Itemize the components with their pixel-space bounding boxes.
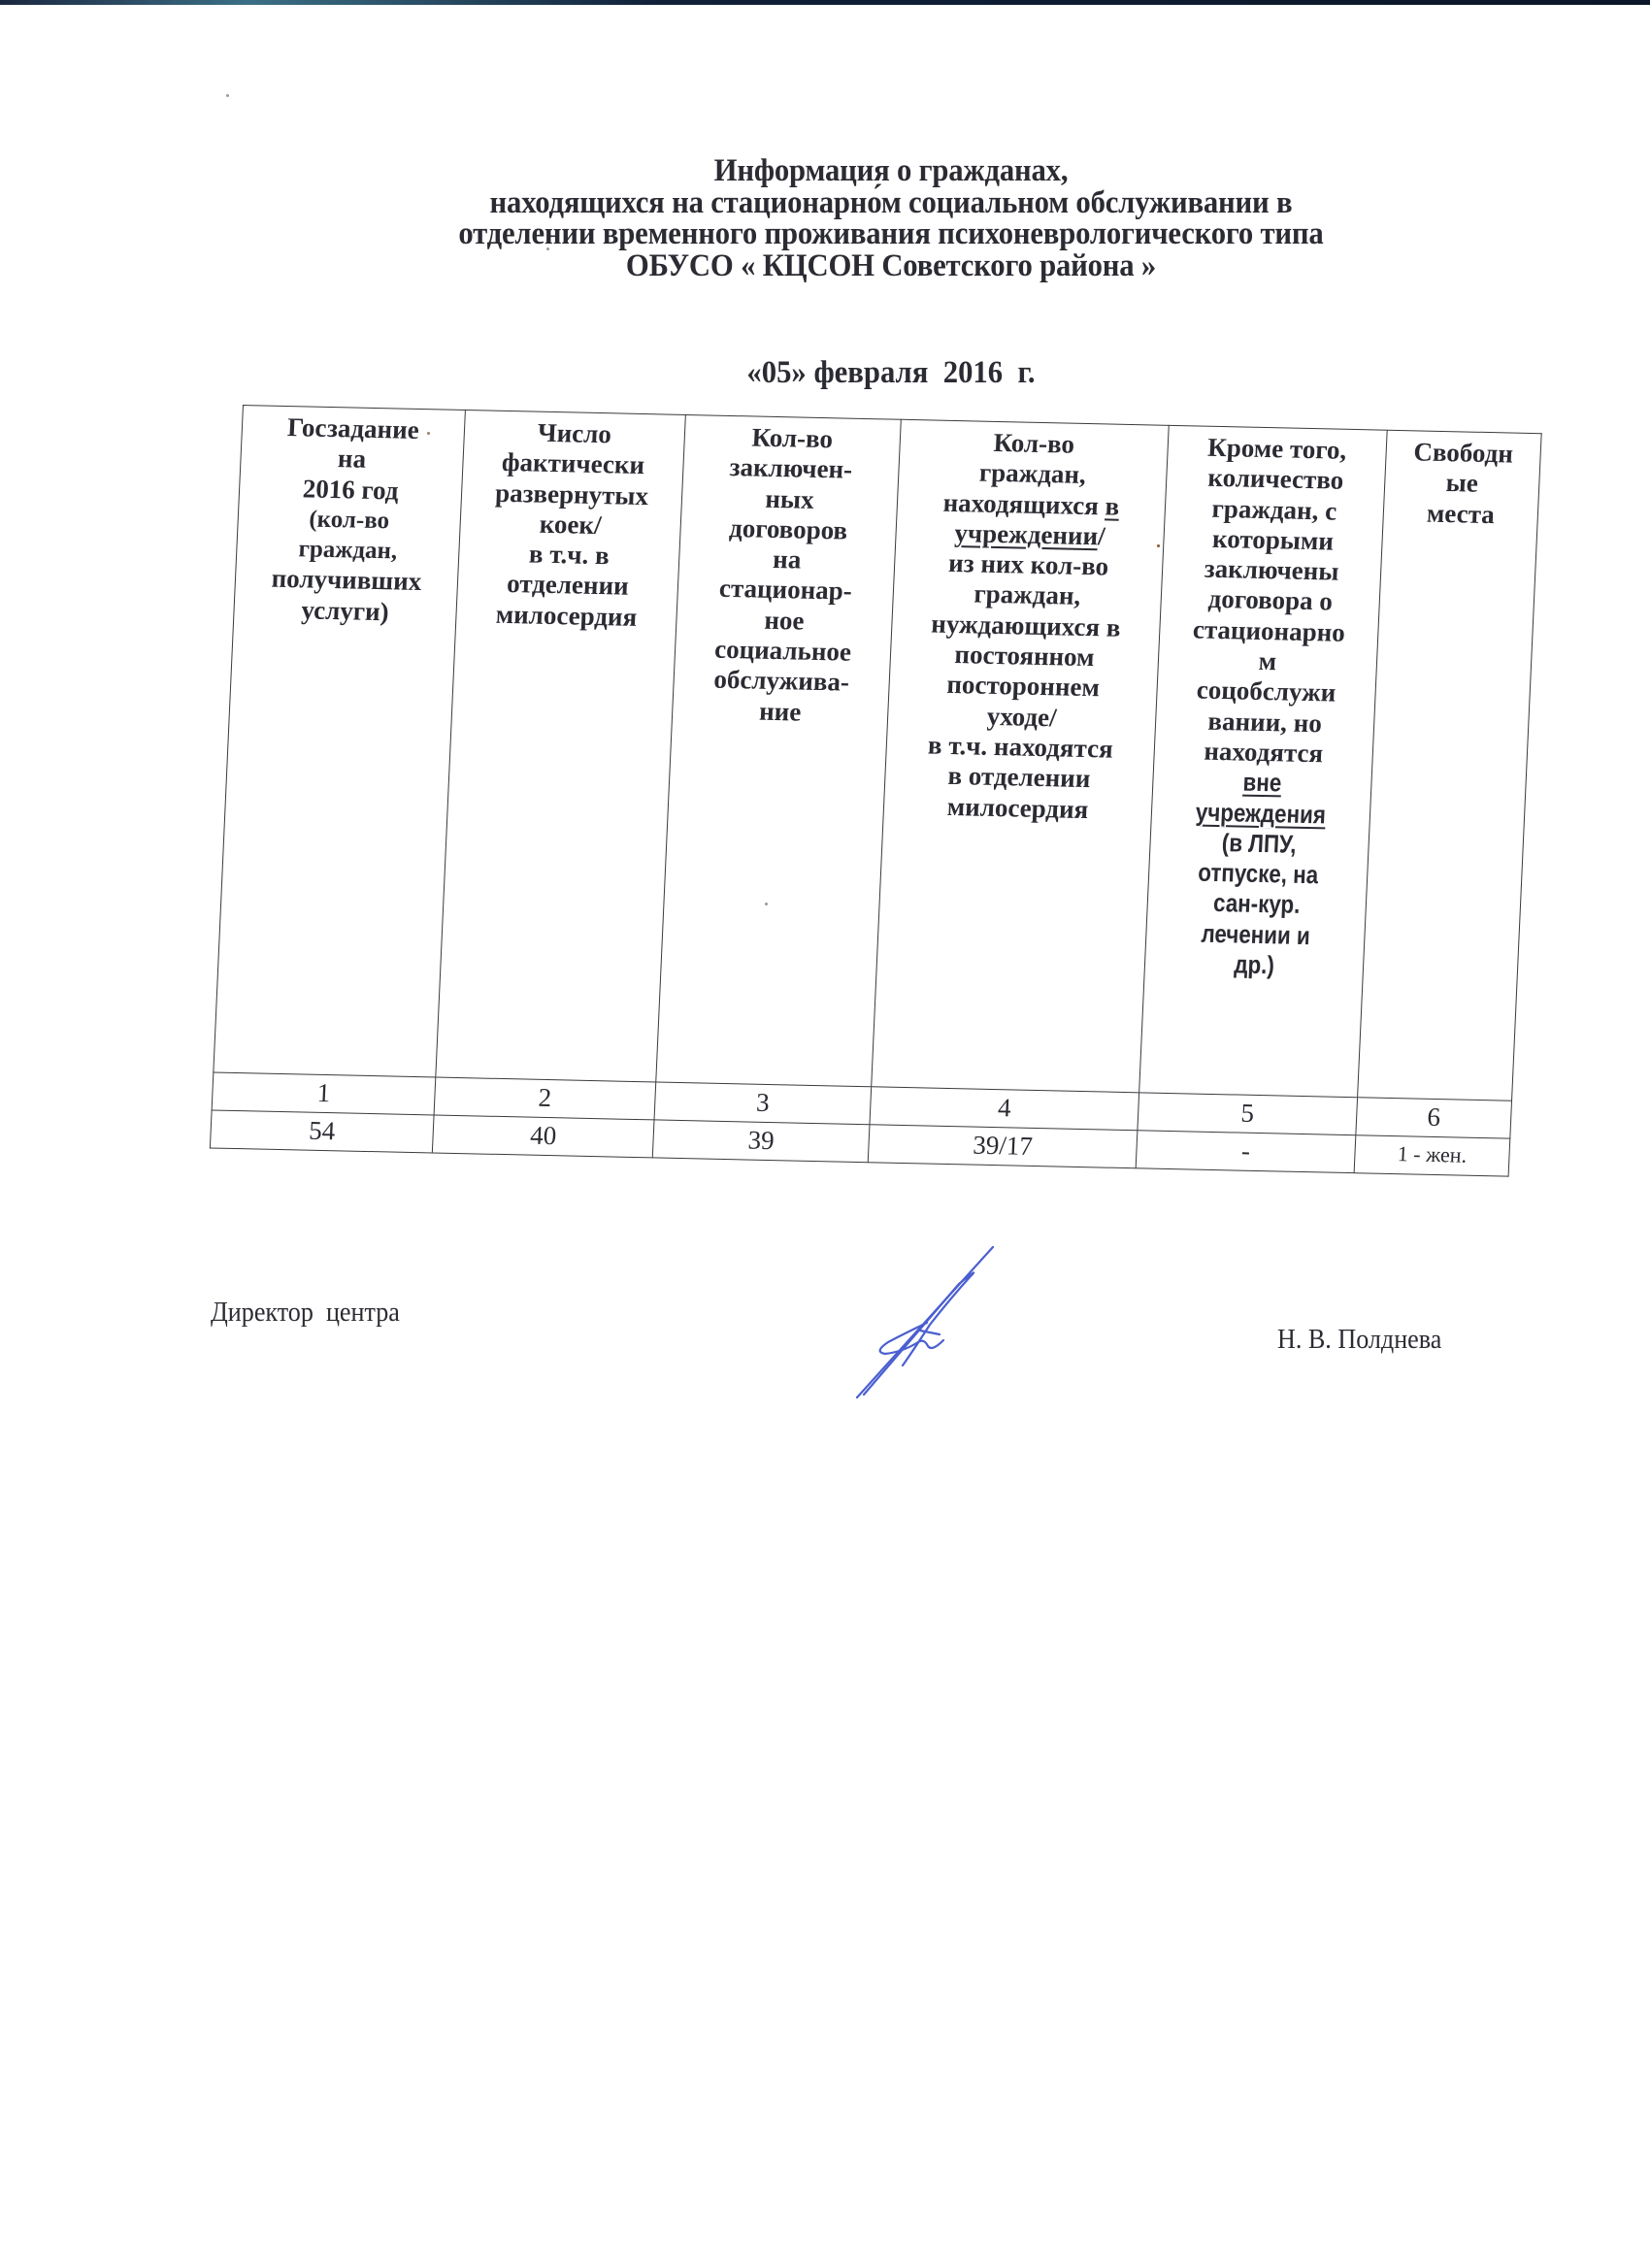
header-text: граждан, с	[1165, 492, 1383, 527]
header-text-part: лечении и	[1201, 918, 1311, 951]
title-line-3: отделении временного проживания психонев…	[349, 218, 1433, 250]
header-text: м	[1158, 644, 1376, 679]
value-citizens-in-institution: 39/17	[868, 1125, 1138, 1168]
header-text: обслужива-	[674, 664, 889, 699]
header-text: ных	[681, 482, 897, 517]
header-text: учреждения	[1151, 796, 1369, 831]
column-index: 2	[434, 1077, 656, 1120]
scan-edge-band	[0, 0, 1650, 5]
value-contracts-count: 39	[652, 1120, 870, 1163]
header-text: Кол-во	[684, 421, 900, 456]
header-text: на	[679, 542, 895, 577]
underlined-text: вне	[1242, 768, 1282, 799]
header-text: коек/	[460, 508, 680, 542]
header-text: услуги)	[234, 594, 456, 629]
header-text-part: сан-кур.	[1213, 888, 1302, 920]
header-text: которыми	[1164, 523, 1382, 558]
header-text: др.)	[1144, 947, 1363, 982]
report-date: «05» февраля 2016 г.	[349, 355, 1433, 390]
underlined-text: в	[1105, 491, 1120, 520]
header-text-part: /	[1098, 521, 1106, 550]
header-text: ное	[676, 604, 892, 639]
column-index: 4	[870, 1087, 1139, 1131]
header-text: получивших	[235, 563, 457, 598]
underlined-text: учреждения	[1195, 797, 1326, 830]
header-text: отпуске, на	[1149, 857, 1368, 892]
header-text: лечении и	[1146, 917, 1365, 952]
header-text: вне	[1153, 766, 1371, 801]
header-text: 2016 год	[240, 473, 462, 508]
document-title: Информация о гражданах, находящихся на с…	[349, 155, 1433, 281]
signatory-position: Директор центра	[211, 1295, 400, 1330]
header-text: соцобслужи	[1157, 674, 1375, 709]
scan-speck	[226, 94, 229, 97]
header-text: Свободн	[1386, 437, 1540, 471]
value-citizens-outside-institution: -	[1136, 1131, 1356, 1173]
column-index: 3	[654, 1082, 872, 1125]
header-row: Госзадание на 2016 год (кол-во граждан, …	[214, 406, 1541, 1101]
header-citizens-in-institution: Кол-во граждан, находящихся в учреждении…	[872, 419, 1170, 1093]
header-text: на	[241, 442, 463, 477]
value-free-places: 1 - жен.	[1354, 1135, 1510, 1176]
header-text: граждан,	[237, 533, 459, 568]
citizens-info-table: Госзадание на 2016 год (кол-во граждан, …	[210, 405, 1542, 1177]
column-index: 1	[212, 1072, 436, 1115]
header-text: в т.ч. находятся	[886, 730, 1154, 766]
signatory-name: Н. В. Полднева	[1277, 1322, 1441, 1357]
header-state-assignment: Госзадание на 2016 год (кол-во граждан, …	[214, 406, 466, 1077]
header-text: сан-кур.	[1147, 887, 1366, 922]
header-text-part: отпуске, на	[1198, 858, 1319, 891]
column-index: 5	[1138, 1093, 1358, 1135]
header-text: отделении	[457, 568, 677, 603]
header-text: договоров	[680, 512, 896, 547]
header-text: (в ЛПУ,	[1150, 826, 1369, 861]
header-text: милосердия	[883, 790, 1151, 826]
header-free-places: Свободн ые места	[1358, 430, 1542, 1101]
header-text: социальное	[675, 634, 890, 669]
header-text: стационар-	[677, 573, 893, 608]
title-line-4: ОБУСО « КЦСОН Советского района »	[349, 250, 1433, 282]
header-text: заключен-	[683, 451, 899, 486]
header-text: Госзадание	[242, 411, 464, 446]
column-index: 6	[1356, 1098, 1512, 1138]
value-deployed-beds: 40	[432, 1115, 654, 1158]
header-text: милосердия	[456, 599, 676, 634]
header-text: стационарно	[1160, 613, 1378, 648]
header-text: места	[1383, 497, 1537, 531]
header-deployed-beds: Число фактически развернутых коек/ в т.ч…	[436, 411, 686, 1082]
header-text: Кроме того,	[1168, 432, 1386, 467]
header-text: Число	[464, 416, 684, 451]
header-text: нуждающихся в	[892, 608, 1160, 643]
header-text: в т.ч. в	[459, 538, 679, 573]
value-state-assignment: 54	[210, 1110, 434, 1153]
header-text: договора о	[1161, 583, 1379, 618]
header-contracts-count: Кол-во заключен- ных договоров на стацио…	[656, 414, 902, 1086]
signature-icon	[835, 1237, 1009, 1412]
header-text: вании, но	[1156, 705, 1374, 740]
title-line-1: Информация о гражданах,	[349, 155, 1433, 187]
header-text: ние	[673, 694, 888, 729]
header-text: развернутых	[461, 477, 681, 512]
header-text: количество	[1167, 462, 1385, 497]
header-text: находятся	[1154, 736, 1372, 771]
header-text: ые	[1385, 467, 1539, 501]
header-text: (кол-во	[238, 503, 460, 538]
header-text-part: находящихся	[942, 487, 1105, 520]
header-text: заключены	[1162, 553, 1380, 588]
header-text-part: (в ЛПУ,	[1222, 828, 1298, 860]
underlined-text: учреждении	[954, 518, 1099, 550]
header-text: фактически	[463, 446, 683, 481]
header-text-part: др.)	[1234, 949, 1275, 980]
header-citizens-outside-institution: Кроме того, количество граждан, с которы…	[1139, 425, 1388, 1097]
title-line-2: находящихся на стационарно́м социальном …	[349, 187, 1433, 219]
